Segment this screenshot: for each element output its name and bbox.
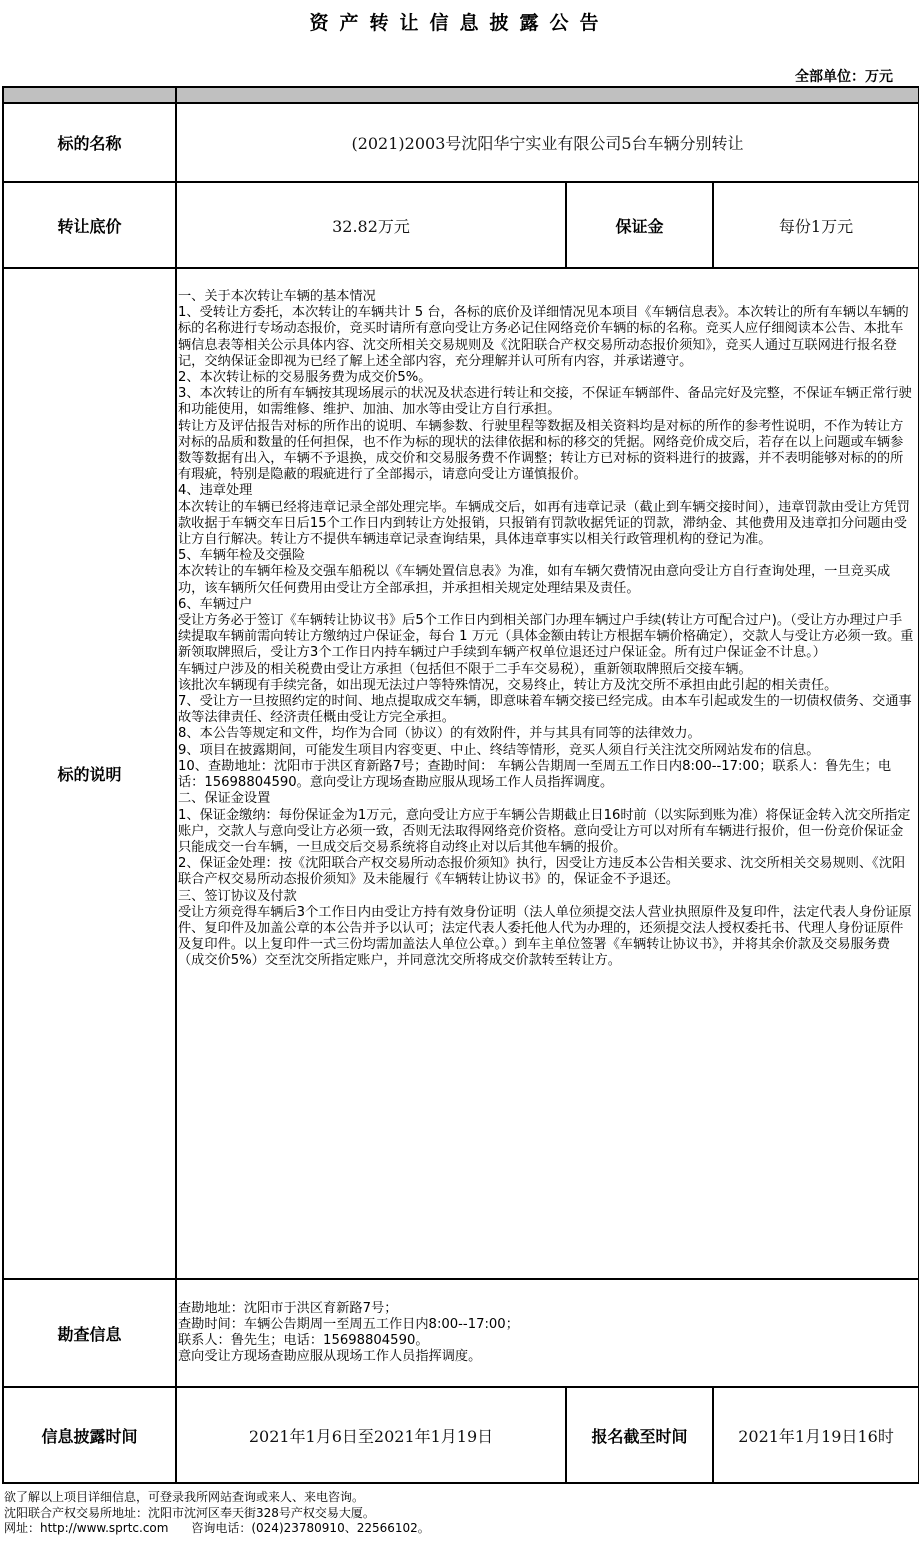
inspection-note: 意向受让方现场查勘应服从现场工作人员指挥调度。: [178, 1349, 918, 1365]
disclosure-period-value: 2021年1月6日至2021年1月19日: [176, 1387, 566, 1483]
description-paragraph: 本次转让的车辆年检及交强车船税以《车辆处置信息表》为准，如有车辆欠费情况由意向受…: [178, 564, 914, 596]
description-paragraph: 该批次车辆现有手续完备，如出现无法过户等特殊情况，交易终止，转让方及沈交所不承担…: [178, 678, 914, 694]
deposit-label: 保证金: [566, 182, 713, 268]
footer-website-phone-line: 网址：http://www.sprtc.com 咨询电话：(024)237809…: [4, 1521, 430, 1537]
header-cell: [3, 87, 176, 103]
description-paragraph: 一、关于本次转让车辆的基本情况: [178, 289, 914, 305]
description-paragraph: 3、本次转让的所有车辆按其现场展示的状况及状态进行转让和交接，不保证车辆部件、备…: [178, 386, 914, 418]
footer-contact-info: 欲了解以上项目详细信息，可登录我所网站查询或来人、来电咨询。 沈阳联合产权交易所…: [4, 1490, 430, 1537]
footer-inquiry-line: 欲了解以上项目详细信息，可登录我所网站查询或来人、来电咨询。: [4, 1490, 430, 1506]
page-title: 资产转让信息披露公告: [0, 8, 919, 35]
header-cell: [176, 87, 919, 103]
table-row-subject-name: 标的名称 (2021)2003号沈阳华宁实业有限公司5台车辆分别转让: [3, 103, 919, 182]
description-paragraph: 2、保证金处理：按《沈阳联合产权交易所动态报价须知》执行，因受让方违反本公告相关…: [178, 856, 914, 888]
inspection-address: 查勘地址：沈阳市于洪区育新路7号；: [178, 1301, 918, 1317]
inspection-contact: 联系人：鲁先生；电话：15698804590。: [178, 1333, 918, 1349]
subject-name-value: (2021)2003号沈阳华宁实业有限公司5台车辆分别转让: [176, 103, 919, 182]
description-paragraph: 转让方及评估报告对标的所作出的说明、车辆参数、行驶里程等数据及相关资料均是对标的…: [178, 419, 914, 484]
description-paragraph: 车辆过户涉及的相关税费由受让方承担（包括但不限于二手车交易税），重新领取牌照后交…: [178, 662, 914, 678]
table-row-inspection: 勘查信息 查勘地址：沈阳市于洪区育新路7号； 查勘时间：车辆公告期周一至周五工作…: [3, 1279, 919, 1387]
table-row-price: 转让底价 32.82万元 保证金 每份1万元: [3, 182, 919, 268]
table-row-description: 标的说明 一、关于本次转让车辆的基本情况 1、受转让方委托，本次转让的车辆共计 …: [3, 268, 919, 1279]
table-header-row: [3, 87, 919, 103]
description-paragraph: 10、查勘地址：沈阳市于洪区育新路7号；查勘时间： 车辆公告期周一至周五工作日内…: [178, 759, 914, 791]
disclosure-table: 标的名称 (2021)2003号沈阳华宁实业有限公司5台车辆分别转让 转让底价 …: [2, 86, 919, 1484]
inspection-body: 查勘地址：沈阳市于洪区育新路7号； 查勘时间：车辆公告期周一至周五工作日内8:0…: [176, 1279, 919, 1387]
description-paragraph: 5、车辆年检及交强险: [178, 548, 914, 564]
unit-label: 全部单位：万元: [795, 66, 893, 86]
description-paragraph: 6、车辆过户: [178, 597, 914, 613]
description-label: 标的说明: [3, 268, 176, 1279]
deposit-value: 每份1万元: [713, 182, 919, 268]
description-paragraph: 8、本公告等规定和文件，均作为合同（协议）的有效附件，并与其具有同等的法律效力。: [178, 726, 914, 742]
description-paragraph: 1、受转让方委托，本次转让的车辆共计 5 台，各标的底价及详细情况见本项目《车辆…: [178, 305, 914, 370]
reserve-price-label: 转让底价: [3, 182, 176, 268]
footer-address-line: 沈阳联合产权交易所地址：沈阳市沈河区奉天街328号产权交易大厦。: [4, 1506, 430, 1522]
inspection-label: 勘查信息: [3, 1279, 176, 1387]
registration-deadline-label: 报名截至时间: [566, 1387, 713, 1483]
subject-name-label: 标的名称: [3, 103, 176, 182]
table-row-dates: 信息披露时间 2021年1月6日至2021年1月19日 报名截至时间 2021年…: [3, 1387, 919, 1483]
description-paragraph: 受让方务必于签订《车辆转让协议书》后5个工作日内到相关部门办理车辆过户手续(转让…: [178, 613, 914, 662]
inspection-time: 查勘时间：车辆公告期周一至周五工作日内8:00--17:00；: [178, 1317, 918, 1333]
description-paragraph: 4、违章处理: [178, 483, 914, 499]
registration-deadline-value: 2021年1月19日16时: [713, 1387, 919, 1483]
description-body: 一、关于本次转让车辆的基本情况 1、受转让方委托，本次转让的车辆共计 5 台，各…: [176, 268, 919, 1279]
description-paragraph: 1、保证金缴纳：每份保证金为1万元，意向受让方应于车辆公告期截止日16时前（以实…: [178, 808, 914, 857]
description-paragraph: 2、本次转让标的交易服务费为成交价5%。: [178, 370, 914, 386]
description-paragraph: 7、受让方一旦按照约定的时间、地点提取成交车辆，即意味着车辆交接已经完成。由本车…: [178, 694, 914, 726]
description-paragraph: 二、保证金设置: [178, 791, 914, 807]
disclosure-period-label: 信息披露时间: [3, 1387, 176, 1483]
description-paragraph: 受让方须竞得车辆后3个工作日内由受让方持有效身份证明（法人单位须提交法人营业执照…: [178, 905, 914, 970]
description-paragraph: 三、签订协议及付款: [178, 889, 914, 905]
reserve-price-value: 32.82万元: [176, 182, 566, 268]
description-paragraph: 本次转让的车辆已经将违章记录全部处理完毕。车辆成交后，如再有违章记录（截止到车辆…: [178, 500, 914, 549]
description-paragraph: 9、项目在披露期间，可能发生项目内容变更、中止、终结等情形，竞买人须自行关注沈交…: [178, 743, 914, 759]
